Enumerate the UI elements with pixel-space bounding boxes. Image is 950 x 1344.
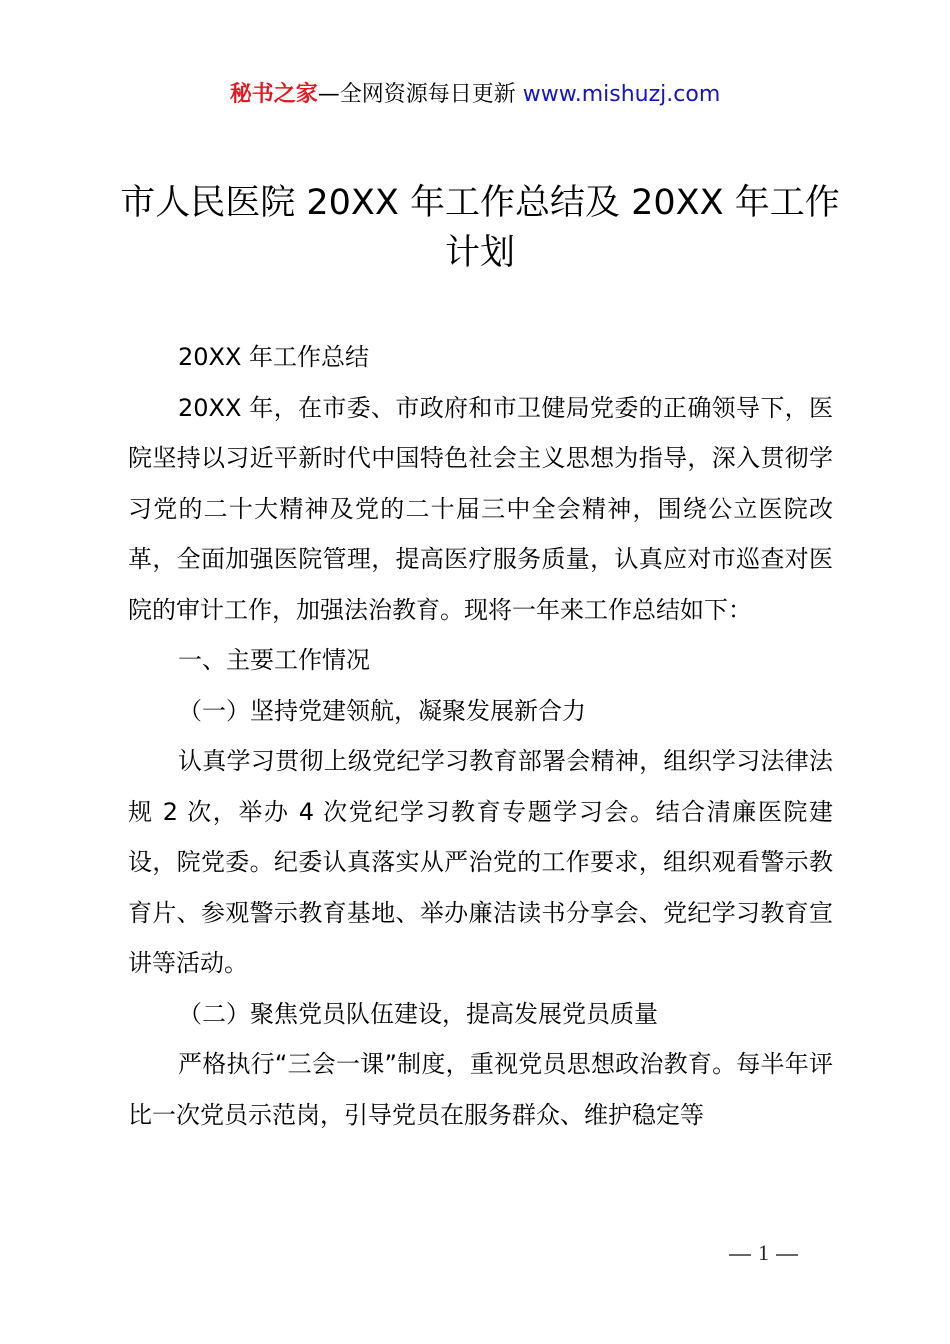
document-page: 秘书之家—全网资源每日更新 www.mishuzj.com 市人民医院 20XX… [0,0,950,1344]
body-paragraph: 20XX 年，在市委、市政府和市卫健局党委的正确领导下，医院坚持以习近平新时代中… [128,383,833,636]
body-paragraph: 严格执行“三会一课”制度，重视党员思想政治教育。每半年评比一次党员示范岗，引导党… [128,1039,833,1140]
page-number: 1 [722,1238,802,1268]
title-line-2: 计划 [120,228,840,278]
body-paragraph: 认真学习贯彻上级党纪学习教育部署会精神，组织学习法律法规 2 次，举办 4 次党… [128,736,833,989]
dash-right-icon [776,1254,798,1256]
section-heading: 20XX 年工作总结 [128,332,833,383]
page-number-value: 1 [758,1240,769,1265]
heading-level-2: （二）聚焦党员队伍建设，提高发展党员质量 [128,989,833,1040]
document-title: 市人民医院 20XX 年工作总结及 20XX 年工作 计划 [120,178,840,278]
header-banner: 秘书之家—全网资源每日更新 www.mishuzj.com [0,78,950,112]
heading-level-1: 一、主要工作情况 [128,635,833,686]
document-body: 20XX 年工作总结 20XX 年，在市委、市政府和市卫健局党委的正确领导下，医… [128,332,833,1140]
brand-name: 秘书之家 [230,82,318,107]
slogan: —全网资源每日更新 [318,82,523,107]
title-line-1: 市人民医院 20XX 年工作总结及 20XX 年工作 [120,178,840,228]
heading-level-2: （一）坚持党建领航，凝聚发展新合力 [128,686,833,737]
dash-left-icon [729,1254,751,1256]
site-url-link[interactable]: www.mishuzj.com [523,82,720,107]
